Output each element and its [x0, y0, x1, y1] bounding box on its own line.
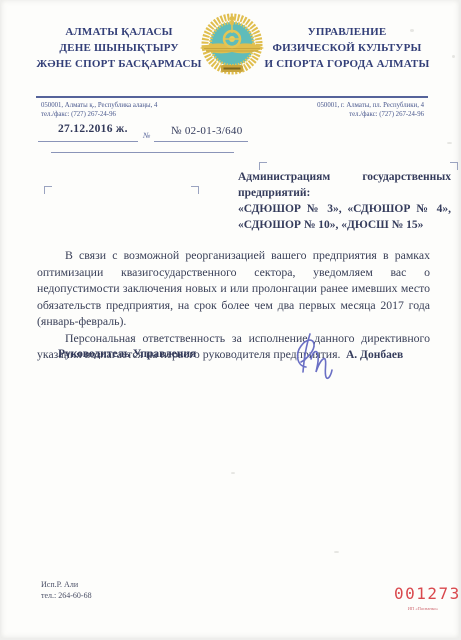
org-name-kazakh: АЛМАТЫ ҚАЛАСЫ ДЕНЕ ШЫНЫҚТЫРУ ЖӘНЕ СПОРТ … [31, 24, 207, 72]
executor-name: Исп.Р. Али [41, 579, 92, 590]
corner-mark-recipient-tr [450, 162, 458, 170]
org-name-ru-line2: ФИЗИЧЕСКОЙ КУЛЬТУРЫ [259, 40, 435, 56]
number-sign-mark: № [143, 131, 151, 140]
recipient-line4: «СДЮШОР № 10», «ДЮСШ № 15» [238, 217, 451, 233]
corner-mark-left-tl [44, 186, 52, 194]
recipient-line3: «СДЮШОР № 3», «СДЮШОР № 4», [238, 201, 451, 217]
kazakhstan-state-emblem-icon [198, 12, 266, 87]
signatory-title: Руководитель Управления [58, 348, 196, 360]
letter-page: АЛМАТЫ ҚАЛАСЫ ДЕНЕ ШЫНЫҚТЫРУ ЖӘНЕ СПОРТ … [1, 0, 459, 638]
date-underline [38, 141, 138, 142]
letter-date: 27.12.2016 ж. [58, 123, 128, 135]
address-kk-line1: 050001, Алматы қ., Республика алаңы, 4 [41, 101, 157, 110]
handwritten-signature [292, 329, 342, 394]
recipient-block: Администрациям государственных предприят… [238, 169, 451, 233]
org-name-kk-line3: ЖӘНЕ СПОРТ БАСҚАРМАСЫ [31, 56, 207, 72]
stamp-printer-note: ИП «Паснанко» [400, 606, 446, 611]
org-name-russian: УПРАВЛЕНИЕ ФИЗИЧЕСКОЙ КУЛЬТУРЫ И СПОРТА … [259, 24, 435, 72]
address-kazakh: 050001, Алматы қ., Республика алаңы, 4 т… [41, 101, 157, 119]
org-name-ru-line3: И СПОРТА ГОРОДА АЛМАТЫ [259, 56, 435, 72]
form-serial-number-stamp: 0012738 [394, 584, 461, 603]
address-kk-line2: тел./факс: (727) 267-24-96 [41, 110, 157, 119]
recipient-line1: Администрациям государственных [238, 169, 451, 185]
corner-mark-left-tr [191, 186, 199, 194]
scanned-letter-page: { "header": { "org_name_kk": { "line1": … [0, 0, 461, 640]
org-name-ru-line1: УПРАВЛЕНИЕ [259, 24, 435, 40]
scan-speck [452, 55, 455, 58]
signatory-name: А. Донбаев [346, 349, 403, 361]
address-russian: 050001, г. Алматы, пл. Республики, 4 тел… [317, 101, 424, 119]
scan-speck [410, 29, 414, 32]
reply-reference-underline [51, 152, 234, 153]
executor-block: Исп.Р. Али тел.: 264-60-68 [41, 579, 92, 601]
address-ru-line2: тел./факс: (727) 267-24-96 [317, 110, 424, 119]
letter-number: № 02-01-3/640 [171, 125, 243, 137]
header-divider-rule [36, 96, 428, 98]
recipient-line2: предприятий: [238, 185, 451, 201]
scan-speck [447, 142, 452, 144]
scan-speck [231, 472, 235, 474]
executor-phone: тел.: 264-60-68 [41, 590, 92, 601]
address-ru-line1: 050001, г. Алматы, пл. Республики, 4 [317, 101, 424, 110]
letter-body: В связи с возможной реорганизацией вашег… [37, 247, 430, 363]
org-name-kk-line2: ДЕНЕ ШЫНЫҚТЫРУ [31, 40, 207, 56]
number-underline [154, 141, 248, 142]
body-paragraph-1: В связи с возможной реорганизацией вашег… [37, 247, 430, 330]
org-name-kk-line1: АЛМАТЫ ҚАЛАСЫ [31, 24, 207, 40]
scan-speck [334, 551, 339, 553]
